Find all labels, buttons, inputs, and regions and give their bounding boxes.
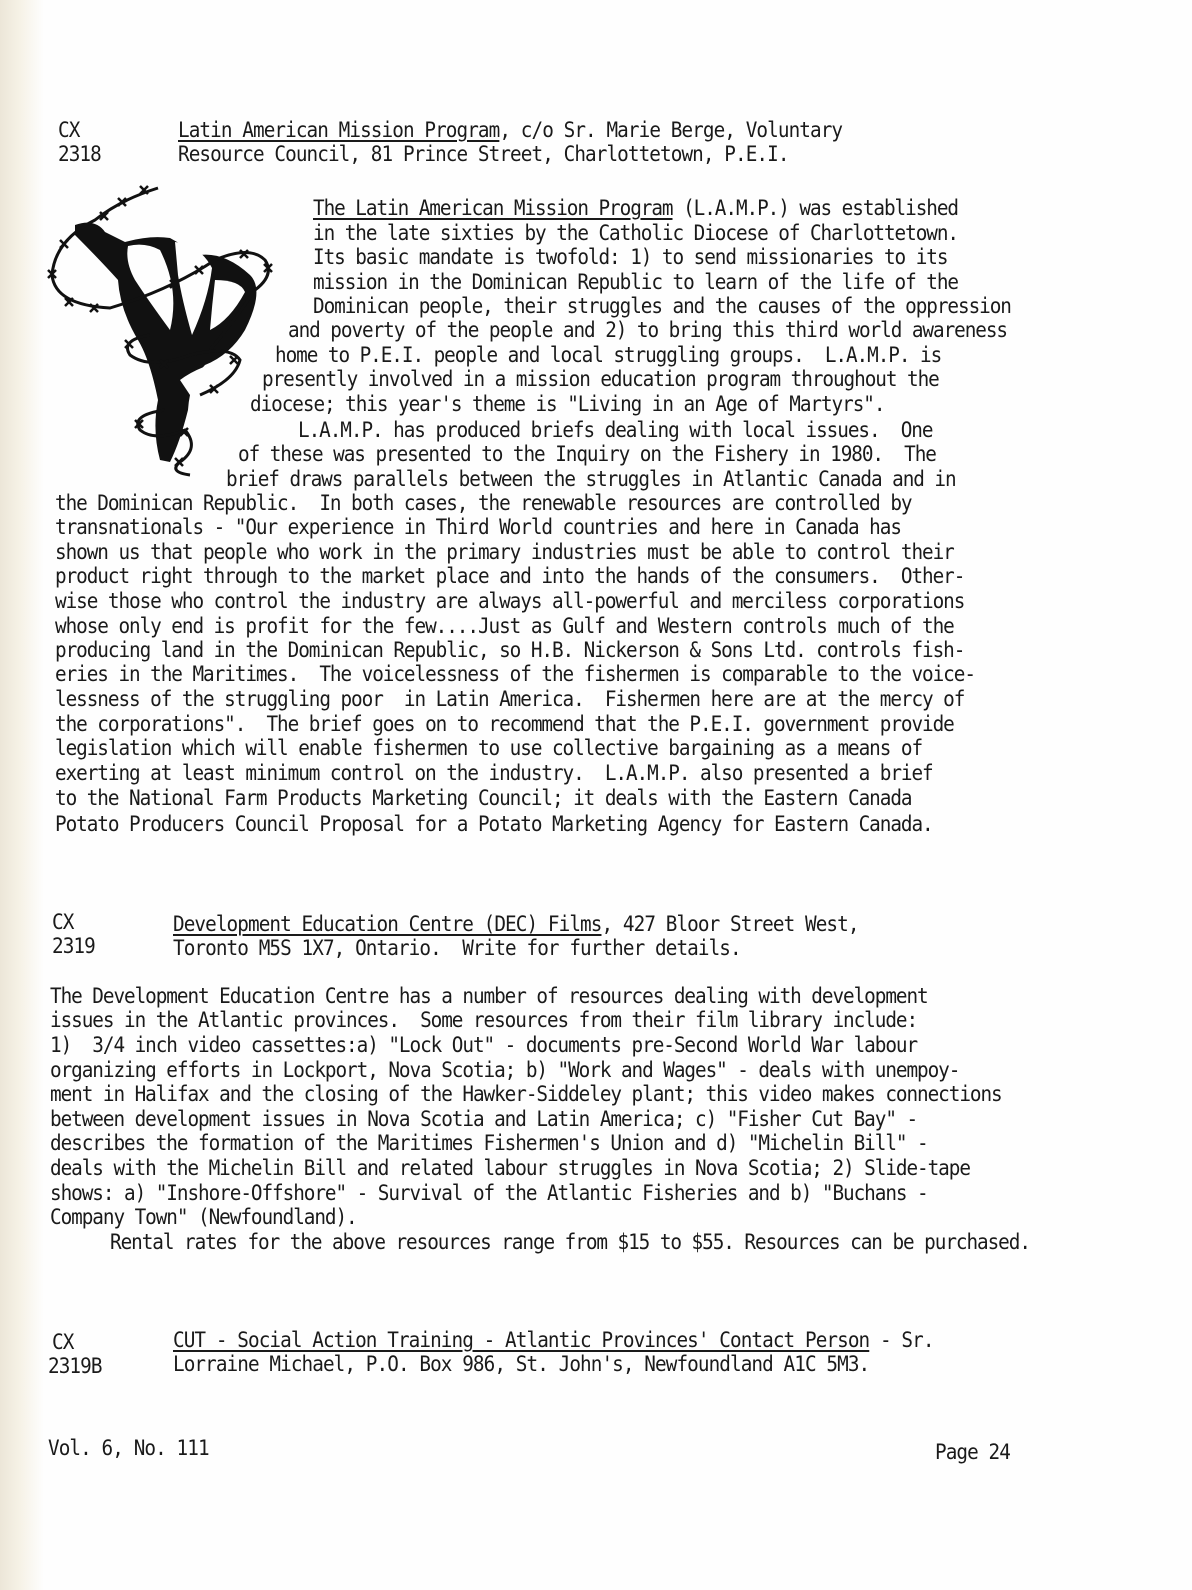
- entry-code-prefix: CX: [52, 1330, 73, 1355]
- entry-heading-title: CUT - Social Action Training - Atlantic …: [173, 1328, 869, 1352]
- entry-code-number: 2318: [58, 142, 101, 167]
- entry-code-prefix: CX: [58, 118, 79, 143]
- entry-code-prefix: CX: [52, 910, 73, 935]
- entry-heading-line2: Resource Council, 81 Prince Street, Char…: [178, 142, 789, 167]
- entry-heading-line1: Latin American Mission Program, c/o Sr. …: [178, 118, 842, 143]
- page-number: Page 24: [935, 1440, 1010, 1465]
- page-edge-shadow: [0, 0, 44, 1590]
- entry-heading-line2: Lorraine Michael, P.O. Box 986, St. John…: [173, 1352, 869, 1377]
- entry-heading-title: Latin American Mission Program: [178, 118, 499, 142]
- entry-heading-line2: Toronto M5S 1X7, Ontario. Write for furt…: [173, 936, 741, 961]
- entry-body-lead-title: The Latin American Mission Program: [313, 196, 673, 220]
- volume-issue: Vol. 6, No. 111: [48, 1436, 209, 1461]
- entry-code-number: 2319B: [48, 1354, 102, 1379]
- entry-heading-line1: CUT - Social Action Training - Atlantic …: [173, 1328, 934, 1353]
- entry-heading-title: Development Education Centre (DEC) Films: [173, 912, 601, 936]
- entry-code-number: 2319: [52, 934, 95, 959]
- entry-heading-line1: Development Education Centre (DEC) Films…: [173, 912, 859, 937]
- south-america-barbed-wire-illustration: [40, 180, 290, 480]
